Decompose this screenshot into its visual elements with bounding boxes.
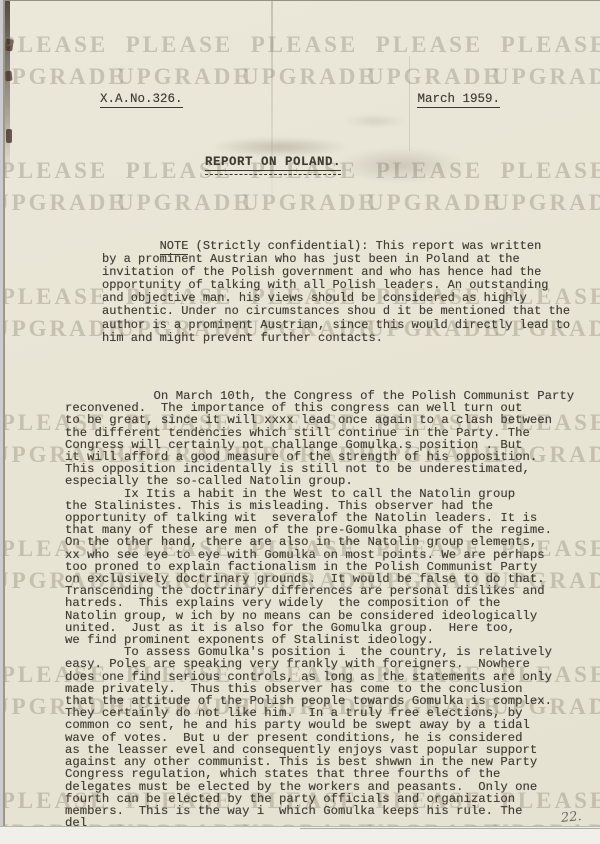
page-edge-shadow bbox=[3, 1, 10, 176]
watermark-tile: PLEASEUPGRADE bbox=[117, 29, 242, 93]
ink-smudge bbox=[335, 147, 465, 183]
edge-mark bbox=[6, 129, 12, 143]
handwritten-page-number: 22. bbox=[560, 809, 582, 826]
title-text: REPORT ON POLAND. bbox=[205, 155, 341, 171]
paragraph-natolin: Ix Itis a habit in the West to call the … bbox=[65, 488, 574, 647]
paragraph-congress: On March 10th, the Congress of the Polis… bbox=[65, 390, 574, 488]
watermark-tile: PLEASEUPGRADE bbox=[3, 281, 117, 345]
report-body: On March 10th, the Congress of the Polis… bbox=[65, 390, 574, 827]
scanned-document: PLEASEUPGRADEPLEASEUPGRADEPLEASEUPGRADEP… bbox=[0, 0, 600, 844]
edge-mark bbox=[4, 39, 14, 52]
ink-smudge bbox=[210, 137, 350, 157]
next-page-edge-line bbox=[300, 828, 600, 829]
document-page: PLEASEUPGRADEPLEASEUPGRADEPLEASEUPGRADEP… bbox=[3, 0, 600, 827]
watermark-tile: PLEASEUPGRADE bbox=[492, 29, 600, 93]
watermark-tile: PLEASEUPGRADE bbox=[3, 155, 117, 219]
watermark-tile: PLEASEUPGRADE bbox=[367, 29, 492, 93]
note-paragraph: NOTE (Strictly confidential): This repor… bbox=[102, 240, 570, 345]
title-underline: REPORT ON POLAND. bbox=[205, 155, 341, 175]
ink-smudge bbox=[343, 114, 407, 128]
watermark-tile: PLEASEUPGRADE bbox=[242, 29, 367, 93]
document-header: X.A.No.326. March 1959. bbox=[100, 92, 500, 108]
watermark-tile: PLEASEUPGRADE bbox=[3, 29, 117, 93]
page-title: REPORT ON POLAND. bbox=[205, 155, 341, 175]
reference-number: X.A.No.326. bbox=[100, 92, 183, 108]
scan-bottom-edge bbox=[0, 826, 600, 844]
paragraph-gomulka: To assess Gomulka's position i the count… bbox=[65, 646, 574, 827]
document-date: March 1959. bbox=[417, 92, 500, 108]
paper-crease bbox=[271, 1, 273, 216]
watermark-tile: PLEASEUPGRADE bbox=[367, 155, 492, 219]
note-first-line-text: (Strictly confidential): This report was… bbox=[188, 239, 541, 253]
watermark-tile: PLEASEUPGRADE bbox=[492, 155, 600, 219]
edge-mark bbox=[4, 71, 12, 82]
note-lines: by a prominent Austrian who has just bee… bbox=[102, 253, 570, 345]
